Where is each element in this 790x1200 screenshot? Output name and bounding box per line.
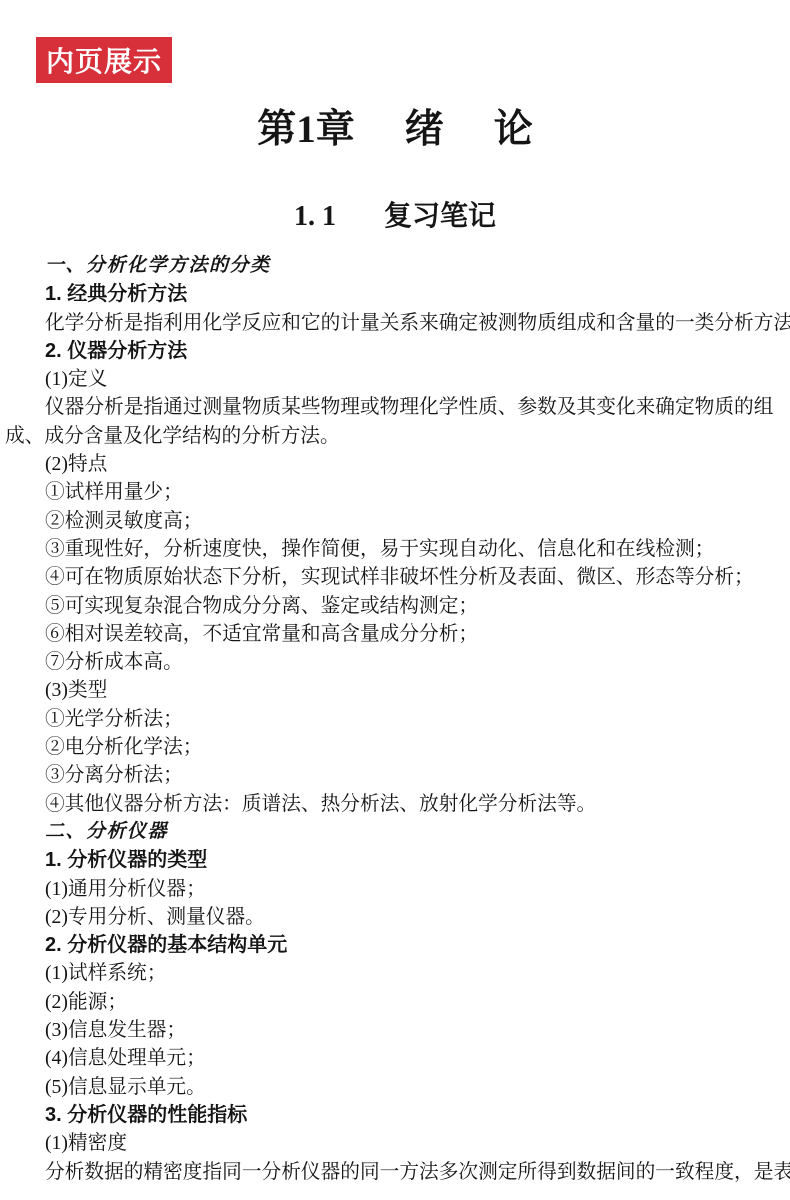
text-line: (3)类型 — [5, 676, 785, 704]
text-line: (4)信息处理单元； — [5, 1044, 785, 1072]
text-line: (1)试样系统； — [5, 959, 785, 987]
text-line: ③重现性好，分析速度快，操作简便，易于实现自动化、信息化和在线检测； — [5, 535, 785, 563]
section-title-part: 1. 1 — [294, 197, 336, 237]
page-body-text: 一、分析化学方法的分类1. 经典分析方法化学分析是指利用化学反应和它的计量关系来… — [5, 252, 785, 1186]
text-line: ②检测灵敏度高； — [5, 507, 785, 535]
text-line: ⑦分析成本高。 — [5, 648, 785, 676]
text-line: 3. 分析仪器的性能指标 — [5, 1101, 785, 1129]
text-line: (1)通用分析仪器； — [5, 875, 785, 903]
section-title: 1. 1复习笔记 — [0, 196, 790, 237]
text-line: (1)精密度 — [5, 1129, 785, 1157]
text-line: 仪器分析是指通过测量物质某些物理或物理化学性质、参数及其变化来确定物质的组 — [5, 393, 785, 421]
text-line: 2. 仪器分析方法 — [5, 337, 785, 365]
text-line: ⑤可实现复杂混合物成分分离、鉴定或结构测定； — [5, 592, 785, 620]
chapter-title-part: 论 — [494, 104, 533, 156]
text-line: ①试样用量少； — [5, 478, 785, 506]
text-line: 2. 分析仪器的基本结构单元 — [5, 931, 785, 959]
chapter-title-part: 第1章 — [257, 104, 355, 156]
text-line: ②电分析化学法； — [5, 733, 785, 761]
text-line: ①光学分析法； — [5, 705, 785, 733]
section-title-part: 复习笔记 — [384, 196, 496, 236]
text-line: (2)特点 — [5, 450, 785, 478]
text-line: ④可在物质原始状态下分析，实现试样非破坏性分析及表面、微区、形态等分析； — [5, 563, 785, 591]
text-line: 1. 分析仪器的类型 — [5, 846, 785, 874]
text-line: (2)专用分析、测量仪器。 — [5, 903, 785, 931]
text-line: 二、分析仪器 — [5, 818, 785, 846]
inner-page-badge: 内页展示 — [36, 37, 172, 83]
chapter-title-part: 绪 — [405, 104, 444, 156]
text-line: 成、成分含量及化学结构的分析方法。 — [5, 422, 785, 450]
text-line: (5)信息显示单元。 — [5, 1073, 785, 1101]
text-line: 1. 经典分析方法 — [5, 280, 785, 308]
text-line: (2)能源； — [5, 988, 785, 1016]
text-line: ③分离分析法； — [5, 761, 785, 789]
text-line: 化学分析是指利用化学反应和它的计量关系来确定被测物质组成和含量的一类分析方法。 — [5, 309, 785, 337]
text-line: ④其他仪器分析方法：质谱法、热分析法、放射化学分析法等。 — [5, 790, 785, 818]
text-line: (1)定义 — [5, 365, 785, 393]
text-line: 一、分析化学方法的分类 — [5, 252, 785, 280]
chapter-title: 第1章绪论 — [0, 104, 790, 156]
text-line: 分析数据的精密度指同一分析仪器的同一方法多次测定所得到数据间的一致程度，是表 — [5, 1158, 785, 1186]
text-line: (3)信息发生器； — [5, 1016, 785, 1044]
text-line: ⑥相对误差较高，不适宜常量和高含量成分分析； — [5, 620, 785, 648]
